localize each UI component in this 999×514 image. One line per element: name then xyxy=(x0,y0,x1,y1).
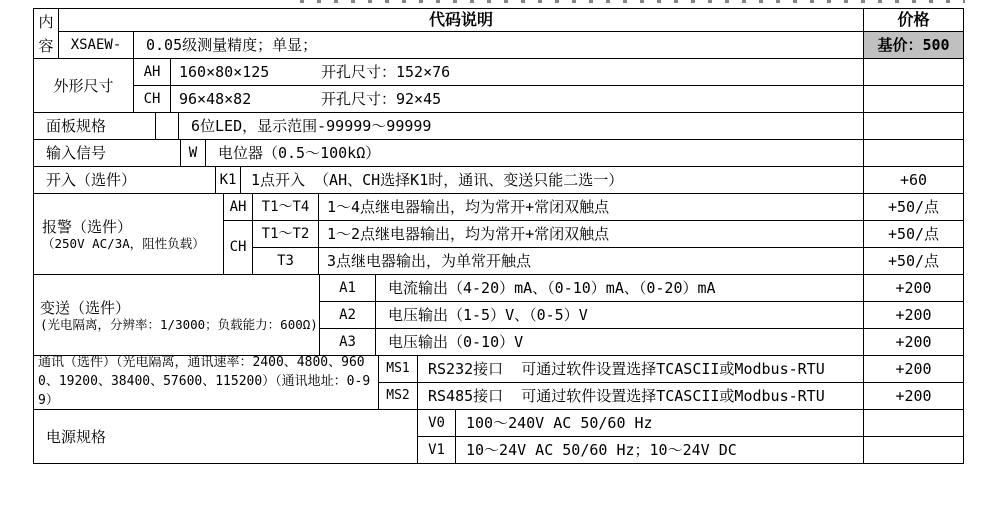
dimensions-code-ah: AH xyxy=(134,59,171,86)
alarm-desc: 3点继电器输出，为单常开触点 xyxy=(319,248,864,275)
cutout-size: 开孔尺寸：92×45 xyxy=(321,90,441,108)
digital-in-label: 开入（选件） xyxy=(34,167,216,194)
transmit-label-line2: (光电隔离，分辨率：1/3000；负载能力：600Ω) xyxy=(40,317,318,332)
transmit-label-line1: 变送（选件） xyxy=(40,299,130,317)
dimension-value: 160×80×125 xyxy=(179,63,321,81)
dimensions-desc-ch: 96×48×82 开孔尺寸：92×45 xyxy=(171,86,864,113)
power-desc: 10～24V AC 50/60 Hz；10～24V DC xyxy=(456,437,864,464)
price-cell-empty xyxy=(864,113,964,140)
price-cell-empty xyxy=(864,86,964,113)
transmit-code: A1 xyxy=(320,275,376,302)
clipped-text-fragments xyxy=(300,0,965,3)
digital-in-price: +60 xyxy=(864,167,964,194)
power-label: 电源规格 xyxy=(34,410,418,464)
alarm-price: +50/点 xyxy=(864,194,964,221)
model-description: 0.05级测量精度；单显； xyxy=(134,32,864,59)
power-code: V0 xyxy=(418,410,456,437)
comm-desc: RS232接口 可通过软件设置选择TCASCII或Modbus-RTU xyxy=(418,356,864,383)
panel-desc: 6位LED，显示范围-99999～99999 xyxy=(179,113,864,140)
cutout-size: 开孔尺寸：152×76 xyxy=(321,63,450,81)
transmit-desc: 电压输出（0-10）V xyxy=(376,329,864,356)
alarm-desc: 1～2点继电器输出，均为常开+常闭双触点 xyxy=(319,221,864,248)
alarm-code: T3 xyxy=(253,248,319,275)
alarm-group-ch: CH xyxy=(224,221,253,275)
comm-price: +200 xyxy=(864,383,964,410)
transmit-price: +200 xyxy=(864,275,964,302)
alarm-code: T1～T2 xyxy=(253,221,319,248)
transmit-desc: 电流输出（4-20）mA、（0-10）mA、（0-20）mA xyxy=(376,275,864,302)
comm-code: MS1 xyxy=(379,356,418,383)
input-signal-desc: 电位器（0.5～100kΩ） xyxy=(206,140,864,167)
comm-code: MS2 xyxy=(379,383,418,410)
price-cell-empty xyxy=(864,437,964,464)
alarm-group-ah: AH xyxy=(224,194,253,221)
transmit-desc: 电压输出（1-5）V、（0-5）V xyxy=(376,302,864,329)
digital-in-code: K1 xyxy=(216,167,241,194)
content-column-label: 内 容 xyxy=(34,9,59,59)
price-header: 价格 xyxy=(864,9,964,32)
comm-label: 通讯（选件）（光电隔离，通讯速率：2400、4800、9600、19200、38… xyxy=(34,356,379,410)
digital-in-desc: 1点开入 （AH、CH选择K1时，通讯、变送只能二选一） xyxy=(241,167,864,194)
base-price-badge: 基价：500 xyxy=(864,32,964,59)
price-cell-empty xyxy=(864,410,964,437)
comm-price: +200 xyxy=(864,356,964,383)
dimensions-code-ch: CH xyxy=(134,86,171,113)
model-prefix: XSAEW- xyxy=(59,32,134,59)
price-cell-empty xyxy=(864,59,964,86)
transmit-price: +200 xyxy=(864,329,964,356)
alarm-label: 报警（选件） （250V AC/3A，阻性负载） xyxy=(34,194,224,275)
alarm-price: +50/点 xyxy=(864,221,964,248)
alarm-price: +50/点 xyxy=(864,248,964,275)
alarm-code: T1～T4 xyxy=(253,194,319,221)
panel-code-empty xyxy=(156,113,179,140)
transmit-price: +200 xyxy=(864,302,964,329)
alarm-label-line2: （250V AC/3A，阻性负载） xyxy=(42,236,205,251)
input-signal-label: 输入信号 xyxy=(34,140,181,167)
dimension-value: 96×48×82 xyxy=(179,90,321,108)
power-desc: 100～240V AC 50/60 Hz xyxy=(456,410,864,437)
power-code: V1 xyxy=(418,437,456,464)
alarm-desc: 1～4点继电器输出，均为常开+常闭双触点 xyxy=(319,194,864,221)
panel-label: 面板规格 xyxy=(34,113,156,140)
comm-desc: RS485接口 可通过软件设置选择TCASCII或Modbus-RTU xyxy=(418,383,864,410)
alarm-label-line1: 报警（选件） xyxy=(42,218,132,236)
transmit-label: 变送（选件） (光电隔离，分辨率：1/3000；负载能力：600Ω) xyxy=(34,275,320,356)
code-description-header: 代码说明 xyxy=(59,9,864,32)
dimensions-desc-ah: 160×80×125 开孔尺寸：152×76 xyxy=(171,59,864,86)
dimensions-label: 外形尺寸 xyxy=(34,59,134,113)
spec-price-table: 内 容 代码说明 价格 XSAEW- 0.05级测量精度；单显； 基价：500 … xyxy=(33,8,964,464)
transmit-code: A2 xyxy=(320,302,376,329)
price-cell-empty xyxy=(864,140,964,167)
input-signal-code: W xyxy=(181,140,206,167)
transmit-code: A3 xyxy=(320,329,376,356)
